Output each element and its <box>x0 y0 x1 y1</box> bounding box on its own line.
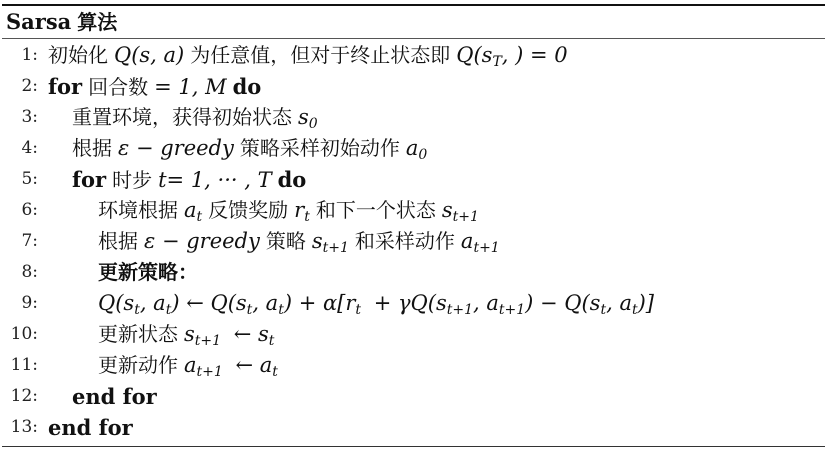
algorithm-line: 2:for回合数= 1, Mdo <box>0 71 830 102</box>
top-rule <box>2 4 825 6</box>
line-content: 初始化Q(s, a)为任意值，但对于终止状态即Q(sT, ) = 0 <box>48 40 568 71</box>
cjk-text: 和下一个状态 <box>316 198 436 222</box>
cjk-text: 为任意值，但对于终止状态即 <box>190 43 450 67</box>
math-expression: )] <box>638 291 654 315</box>
line-number: 12: <box>0 381 38 412</box>
algorithm-line: 3:重置环境，获得初始状态s0 <box>0 102 830 133</box>
line-number: 3: <box>0 102 38 133</box>
cjk-text: 和采样动作 <box>355 229 455 253</box>
line-number: 8: <box>0 257 38 288</box>
algorithm-line: 11:更新动作at+1 ← at <box>0 350 830 381</box>
line-number: 9: <box>0 288 38 319</box>
math-expression: ε − greedy <box>118 136 234 160</box>
line-content: 根据ε − greedy策略st+1和采样动作at+1 <box>98 226 500 257</box>
cjk-text: 策略 <box>266 229 306 253</box>
line-content: 环境根据at反馈奖励rt和下一个状态st+1 <box>98 195 479 226</box>
cjk-text: 重置环境，获得初始状态 <box>72 105 292 129</box>
math-subscript: t <box>304 209 310 225</box>
line-content: 更新状态st+1 ← st <box>98 319 274 350</box>
math-expression: ) − Q(s <box>525 291 600 315</box>
math-expression: , a <box>140 291 166 315</box>
algorithm-caption: Sarsa算法 <box>6 8 117 36</box>
math-expression: a <box>406 136 419 160</box>
math-subscript: t+1 <box>197 364 223 380</box>
algorithm-title-cjk: 算法 <box>77 10 117 34</box>
math-subscript: t <box>272 364 278 380</box>
math-subscript: t+1 <box>195 333 221 349</box>
math-subscript: 0 <box>309 116 318 132</box>
math-expression: a <box>184 353 197 377</box>
math-expression: ) ← Q(s <box>171 291 246 315</box>
math-expression: + γQ(s <box>367 291 447 315</box>
keyword: for <box>48 74 82 99</box>
math-expression: = 1, M <box>154 75 227 99</box>
keyword: end for <box>48 415 133 440</box>
line-number: 4: <box>0 133 38 164</box>
math-subscript: t+1 <box>323 240 349 256</box>
keyword: do <box>278 167 307 192</box>
keyword: end for <box>72 384 157 409</box>
math-expression: ← s <box>227 322 269 346</box>
cjk-text: 时步 <box>112 168 152 192</box>
algorithm-title-latin: Sarsa <box>6 9 71 34</box>
line-content: 重置环境，获得初始状态s0 <box>72 102 318 133</box>
line-number: 11: <box>0 350 38 381</box>
math-expression: s <box>442 198 453 222</box>
line-number: 6: <box>0 195 38 226</box>
algorithm-line: 6:环境根据at反馈奖励rt和下一个状态st+1 <box>0 195 830 226</box>
math-expression: a <box>184 198 197 222</box>
math-subscript: t+1 <box>447 302 473 318</box>
math-expression: s <box>184 322 195 346</box>
math-expression: , ) = 0 <box>502 43 568 67</box>
math-expression: Q(s <box>98 291 134 315</box>
math-subscript: t+1 <box>453 209 479 225</box>
line-number: 13: <box>0 412 38 443</box>
math-expression: r <box>294 198 304 222</box>
math-expression: t= 1, ··· , T <box>158 168 271 192</box>
math-subscript: T <box>492 54 501 70</box>
cjk-text: 回合数 <box>88 75 148 99</box>
algorithm-line: 5:for时步t= 1, ··· , Tdo <box>0 164 830 195</box>
math-expression: , a <box>473 291 499 315</box>
algorithm-line: 8:更新策略： <box>0 257 830 288</box>
math-subscript: t <box>269 333 275 349</box>
keyword: do <box>233 74 262 99</box>
line-content: for回合数= 1, Mdo <box>48 71 261 103</box>
cjk-bold-text: 更新策略： <box>98 260 198 284</box>
line-number: 10: <box>0 319 38 350</box>
cjk-text: 根据 <box>72 136 112 160</box>
line-content: end for <box>72 381 157 413</box>
line-content: 根据ε − greedy策略采样初始动作a0 <box>72 133 427 164</box>
line-content: 更新动作at+1 ← at <box>98 350 278 381</box>
cjk-text: 反馈奖励 <box>208 198 288 222</box>
cjk-text: 根据 <box>98 229 138 253</box>
algorithm-line: 13:end for <box>0 412 830 443</box>
algorithm-line: 7:根据ε − greedy策略st+1和采样动作at+1 <box>0 226 830 257</box>
caption-rule <box>2 38 825 39</box>
cjk-text: 策略采样初始动作 <box>240 136 400 160</box>
math-subscript: t <box>355 302 361 318</box>
math-expression: ε − greedy <box>144 229 260 253</box>
math-expression: Q(s <box>456 43 492 67</box>
math-expression: Q(s, a) <box>114 43 184 67</box>
algorithm-line: 4:根据ε − greedy策略采样初始动作a0 <box>0 133 830 164</box>
line-content: end for <box>48 412 133 444</box>
algorithm-line: 9:Q(st, at) ← Q(st, at) + α[rt + γQ(st+1… <box>0 288 830 319</box>
cjk-text: 更新动作 <box>98 353 178 377</box>
math-subscript: t+1 <box>499 302 525 318</box>
cjk-text: 初始化 <box>48 43 108 67</box>
math-expression: s <box>298 105 309 129</box>
cjk-text: 更新状态 <box>98 322 178 346</box>
math-subscript: t+1 <box>473 240 499 256</box>
math-expression: s <box>312 229 323 253</box>
algorithm-line: 12:end for <box>0 381 830 412</box>
bottom-rule <box>2 446 825 447</box>
math-expression: a <box>461 229 474 253</box>
line-content: 更新策略： <box>98 257 198 288</box>
line-number: 7: <box>0 226 38 257</box>
algorithm-line: 1:初始化Q(s, a)为任意值，但对于终止状态即Q(sT, ) = 0 <box>0 40 830 71</box>
math-subscript: 0 <box>418 147 427 163</box>
line-number: 5: <box>0 164 38 195</box>
math-expression: ) + α[r <box>284 291 356 315</box>
math-expression: , a <box>606 291 632 315</box>
math-expression: ← a <box>229 353 272 377</box>
line-content: Q(st, at) ← Q(st, at) + α[rt + γQ(st+1, … <box>98 288 654 319</box>
cjk-text: 环境根据 <box>98 198 178 222</box>
line-content: for时步t= 1, ··· , Tdo <box>72 164 306 196</box>
algorithm-line: 10:更新状态st+1 ← st <box>0 319 830 350</box>
line-number: 2: <box>0 71 38 102</box>
math-subscript: t <box>197 209 203 225</box>
math-expression: , a <box>252 291 278 315</box>
keyword: for <box>72 167 106 192</box>
line-number: 1: <box>0 40 38 71</box>
